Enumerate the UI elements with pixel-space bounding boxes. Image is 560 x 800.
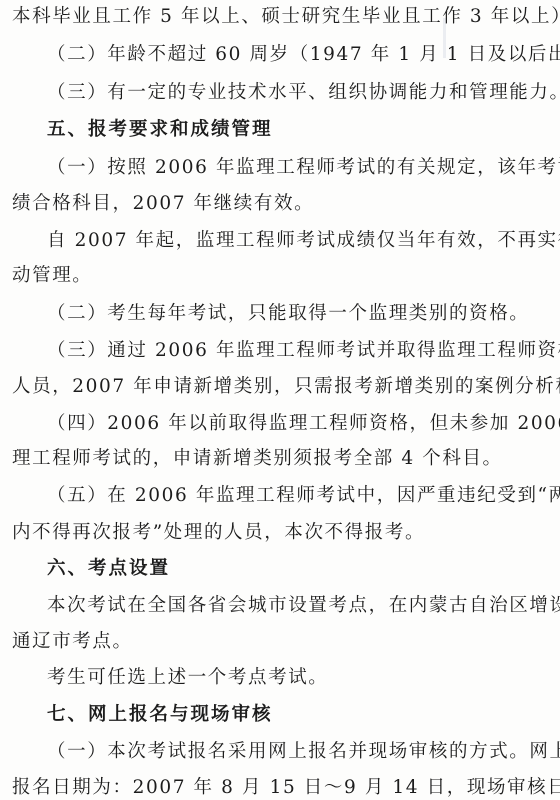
text-line-8: 动管理。 xyxy=(12,265,92,287)
text-line-14: （五）在 2006 年监理工程师考试中，因严重违纪受到“两年 xyxy=(47,485,560,507)
text-line-3: （三）有一定的专业技术水平、组织协调能力和管理能力。 xyxy=(47,82,560,104)
text-line-1: 本科毕业且工作 5 年以上、硕士研究生毕业且工作 3 年以上）; xyxy=(12,6,560,28)
text-line-11: 人员，2007 年申请新增类别，只需报考新增类别的案例分析科目。 xyxy=(12,376,560,398)
section-heading-5: 五、报考要求和成绩管理 xyxy=(47,119,273,141)
text-line-7: 自 2007 年起，监理工程师考试成绩仅当年有效，不再实行滚 xyxy=(47,230,560,252)
text-line-22: 报名日期为：2007 年 8 月 15 日～9 月 14 日，现场审核日期为 2… xyxy=(12,777,560,799)
text-line-2: （二）年龄不超过 60 周岁（1947 年 1 月 1 日及以后出生）; xyxy=(47,44,560,66)
text-line-6: 绩合格科目，2007 年继续有效。 xyxy=(12,193,314,215)
text-line-9: （二）考生每年考试，只能取得一个监理类别的资格。 xyxy=(47,303,529,325)
section-heading-7: 七、网上报名与现场审核 xyxy=(47,704,273,726)
text-line-10: （三）通过 2006 年监理工程师考试并取得监理工程师资格的 xyxy=(47,340,560,362)
text-line-12: （四）2006 年以前取得监理工程师资格，但未参加 2006 年监 xyxy=(47,413,560,435)
text-line-21: （一）本次考试报名采用网上报名并现场审核的方式。网上 xyxy=(47,741,560,763)
text-line-19: 考生可任选上述一个考点考试。 xyxy=(47,667,328,689)
section-heading-6: 六、考点设置 xyxy=(47,558,170,580)
text-line-17: 本次考试在全国各省会城市设置考点，在内蒙古自治区增设 xyxy=(47,595,560,617)
scanned-document-page: 本科毕业且工作 5 年以上、硕士研究生毕业且工作 3 年以上）; （二）年龄不超… xyxy=(0,0,560,800)
text-line-13: 理工程师考试的，申请新增类别须报考全部 4 个科目。 xyxy=(12,448,503,470)
text-line-15: 内不得再次报考”处理的人员，本次不得报考。 xyxy=(12,522,425,544)
text-line-5: （一）按照 2006 年监理工程师考试的有关规定，该年考试成 xyxy=(47,157,560,179)
text-line-18: 通辽市考点。 xyxy=(12,631,133,653)
